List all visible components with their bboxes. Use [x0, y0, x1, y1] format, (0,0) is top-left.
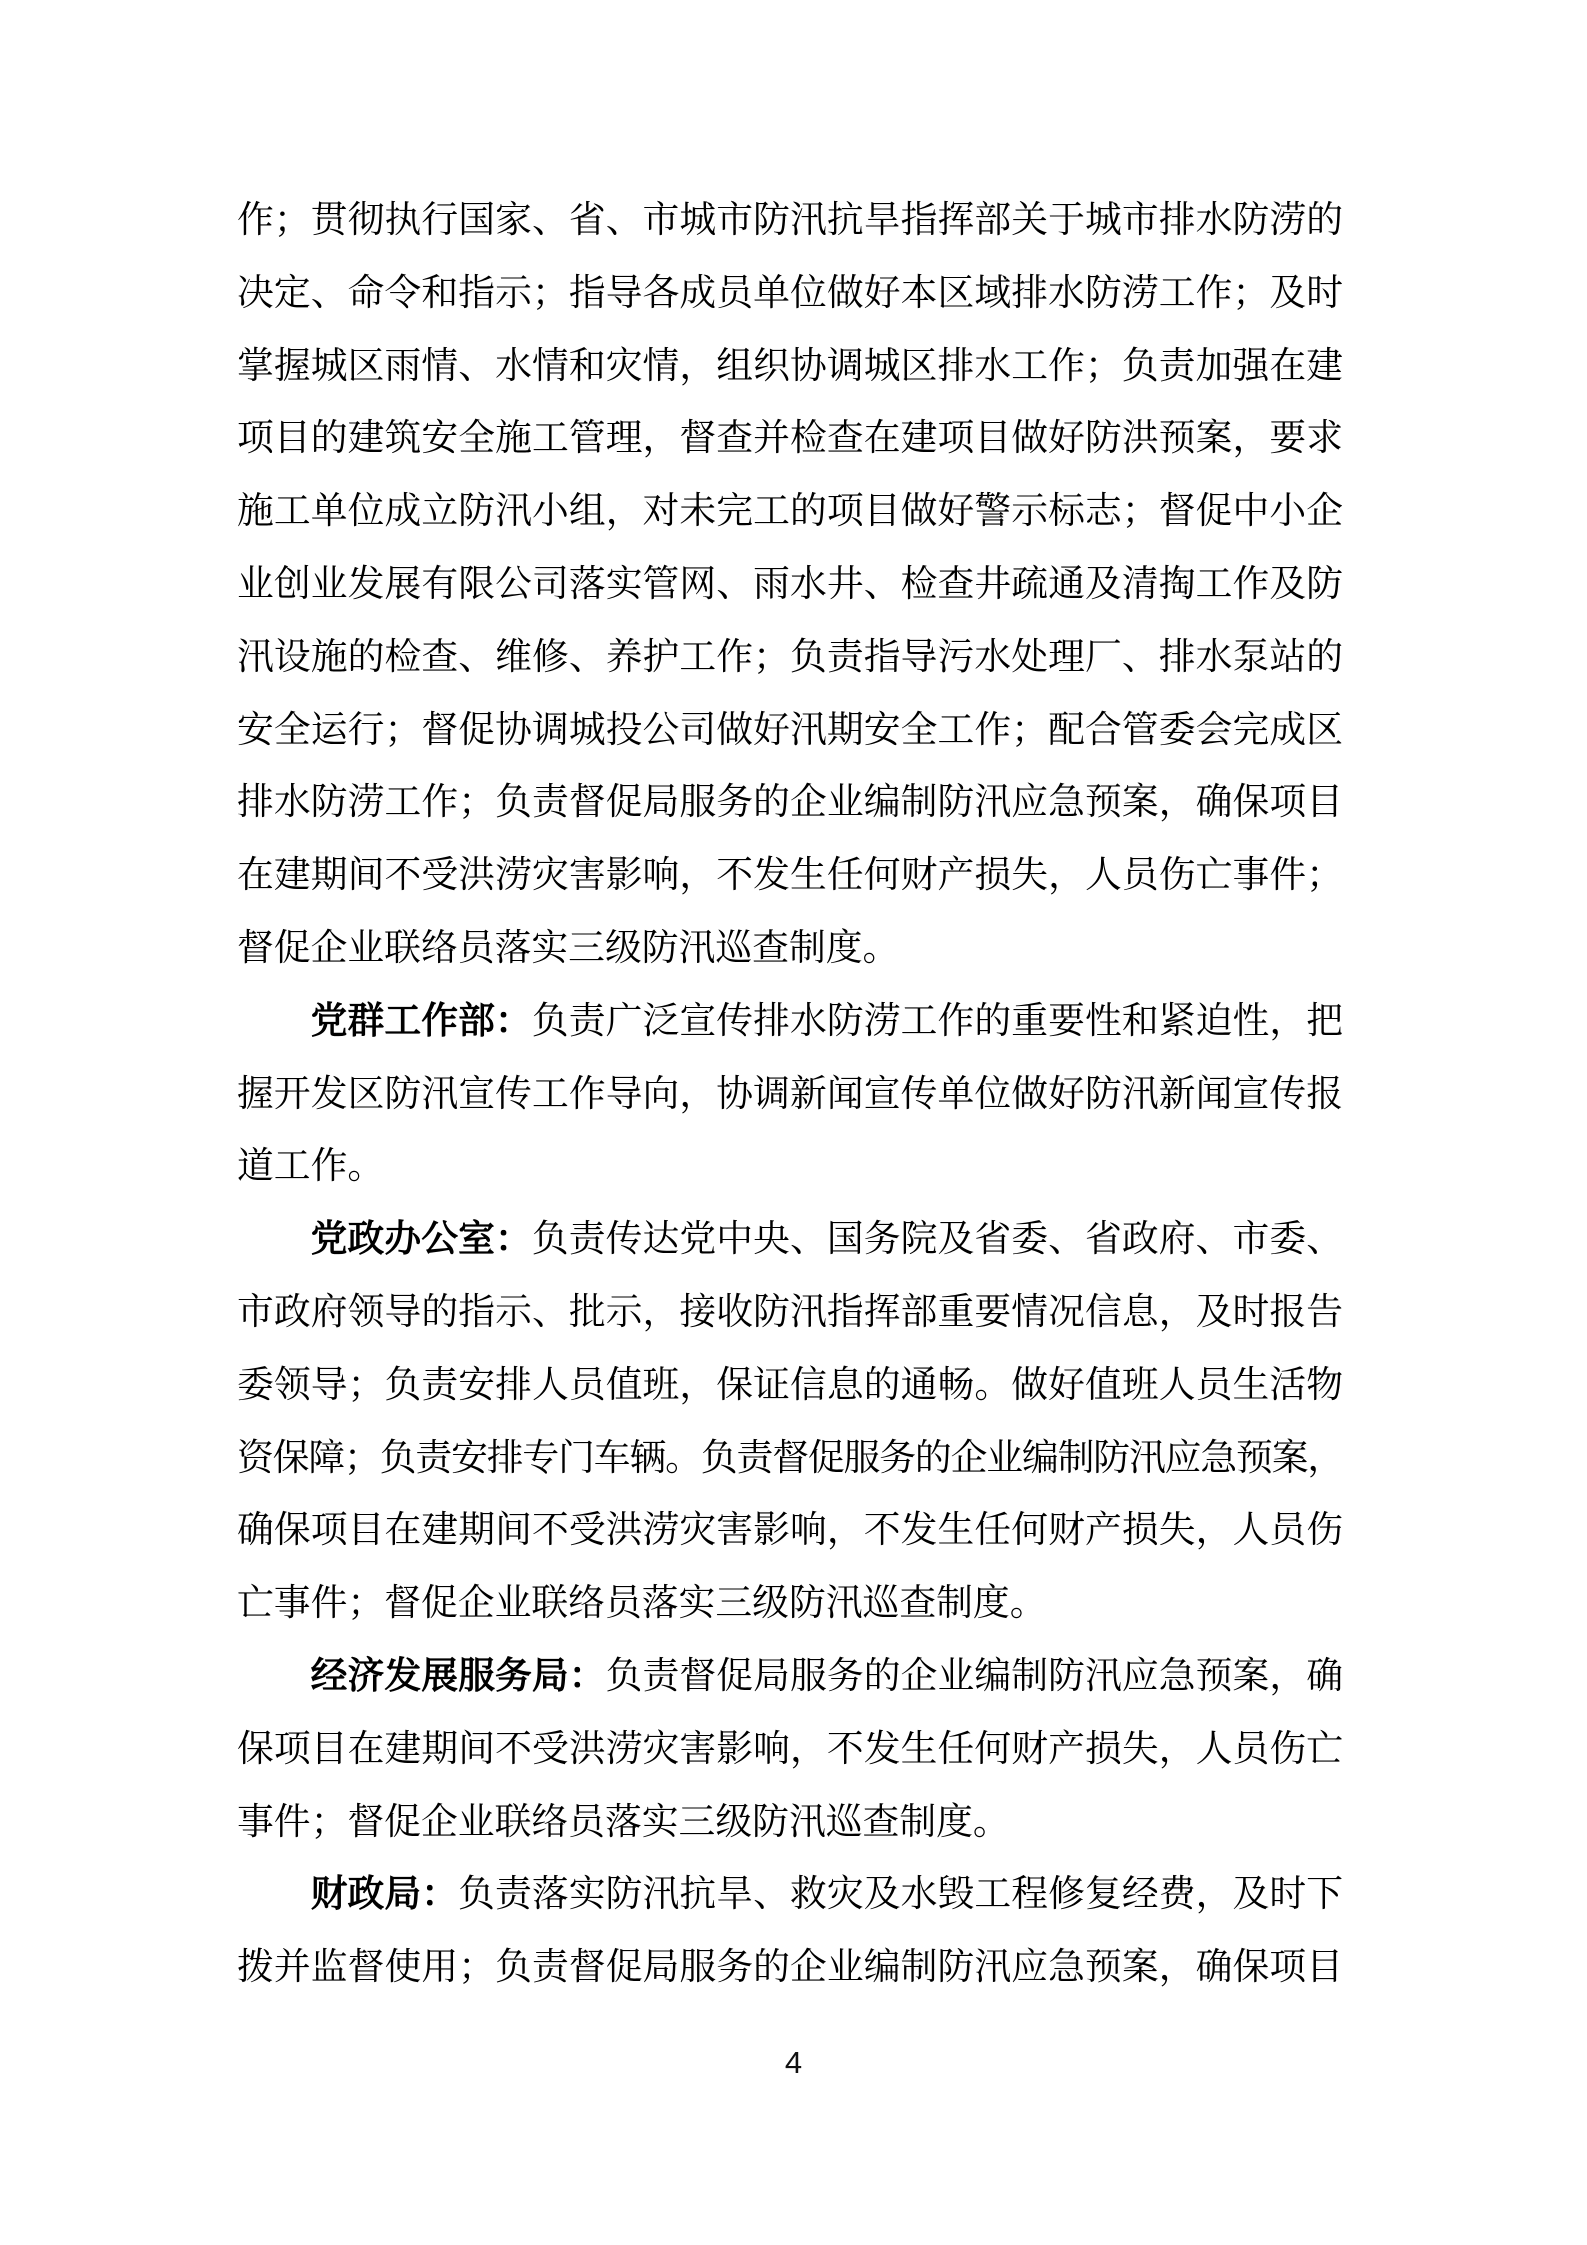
text-line: 业创业发展有限公司落实管网、雨水井、检查井疏通及清掏工作及防	[237, 548, 1343, 621]
line-text: 作；贯彻执行国家、省、市城市防汛抗旱指挥部关于城市排水防涝的	[237, 199, 1343, 240]
line-text: 亡事件；督促企业联络员落实三级防汛巡查制度。	[237, 1582, 1047, 1623]
line-text: 项目的建筑安全施工管理，督查并检查在建项目做好防洪预案，要求	[237, 417, 1343, 458]
line-text: 在建期间不受洪涝灾害影响，不发生任何财产损失，人员伤亡事件；	[237, 854, 1343, 895]
text-line: 财政局：负责落实防汛抗旱、救灾及水毁工程修复经费，及时下	[237, 1858, 1343, 1931]
line-text: 负责督促局服务的企业编制防汛应急预案，确	[606, 1655, 1343, 1696]
line-text: 拨并监督使用；负责督促局服务的企业编制防汛应急预案，确保项目	[237, 1946, 1343, 1987]
line-text: 排水防涝工作；负责督促局服务的企业编制防汛应急预案，确保项目	[237, 781, 1343, 822]
text-line: 确保项目在建期间不受洪涝灾害影响，不发生任何财产损失，人员伤	[237, 1494, 1343, 1567]
text-line: 决定、命令和指示；指导各成员单位做好本区域排水防涝工作；及时	[237, 257, 1343, 330]
text-line: 市政府领导的指示、批示，接收防汛指挥部重要情况信息，及时报告	[237, 1276, 1343, 1349]
text-line: 经济发展服务局：负责督促局服务的企业编制防汛应急预案，确	[237, 1640, 1343, 1713]
text-line: 汛设施的检查、维修、养护工作；负责指导污水处理厂、排水泵站的	[237, 621, 1343, 694]
text-line: 督促企业联络员落实三级防汛巡查制度。	[237, 912, 1343, 985]
text-line: 排水防涝工作；负责督促局服务的企业编制防汛应急预案，确保项目	[237, 766, 1343, 839]
page-number: 4	[0, 2044, 1587, 2082]
text-line: 掌握城区雨情、水情和灾情，组织协调城区排水工作；负责加强在建	[237, 330, 1343, 403]
text-line: 事件；督促企业联络员落实三级防汛巡查制度。	[237, 1786, 1343, 1859]
text-line: 道工作。	[237, 1130, 1343, 1203]
line-text: 确保项目在建期间不受洪涝灾害影响，不发生任何财产损失，人员伤	[237, 1509, 1343, 1550]
line-text: 委领导；负责安排人员值班，保证信息的通畅。做好值班人员生活物	[237, 1364, 1343, 1405]
line-text: 负责广泛宣传排水防涝工作的重要性和紧迫性，把	[532, 1000, 1343, 1041]
text-line: 党政办公室：负责传达党中央、国务院及省委、省政府、市委、	[237, 1203, 1343, 1276]
line-text: 保项目在建期间不受洪涝灾害影响，不发生任何财产损失，人员伤亡	[237, 1728, 1343, 1769]
text-line: 在建期间不受洪涝灾害影响，不发生任何财产损失，人员伤亡事件；	[237, 839, 1343, 912]
text-line: 拨并监督使用；负责督促局服务的企业编制防汛应急预案，确保项目	[237, 1931, 1343, 2004]
department-label: 财政局：	[311, 1873, 459, 1914]
line-text: 握开发区防汛宣传工作导向，协调新闻宣传单位做好防汛新闻宣传报	[237, 1073, 1343, 1114]
line-text: 市政府领导的指示、批示，接收防汛指挥部重要情况信息，及时报告	[237, 1291, 1343, 1332]
text-line: 安全运行；督促协调城投公司做好汛期安全工作；配合管委会完成区	[237, 694, 1343, 767]
line-text: 负责传达党中央、国务院及省委、省政府、市委、	[532, 1218, 1343, 1259]
line-text: 施工单位成立防汛小组，对未完工的项目做好警示标志；督促中小企	[237, 490, 1343, 531]
text-line: 党群工作部：负责广泛宣传排水防涝工作的重要性和紧迫性，把	[237, 985, 1343, 1058]
line-text: 汛设施的检查、维修、养护工作；负责指导污水处理厂、排水泵站的	[237, 636, 1343, 677]
text-line: 委领导；负责安排人员值班，保证信息的通畅。做好值班人员生活物	[237, 1349, 1343, 1422]
document-page: 作；贯彻执行国家、省、市城市防汛抗旱指挥部关于城市排水防涝的决定、命令和指示；指…	[0, 0, 1587, 2245]
text-line: 保项目在建期间不受洪涝灾害影响，不发生任何财产损失，人员伤亡	[237, 1713, 1343, 1786]
line-text: 决定、命令和指示；指导各成员单位做好本区域排水防涝工作；及时	[237, 272, 1343, 313]
text-line: 亡事件；督促企业联络员落实三级防汛巡查制度。	[237, 1567, 1343, 1640]
line-text: 资保障；负责安排专门车辆。负责督促服务的企业编制防汛应急预案，	[237, 1437, 1343, 1478]
department-label: 党政办公室：	[311, 1218, 532, 1259]
line-text: 督促企业联络员落实三级防汛巡查制度。	[237, 927, 899, 968]
line-text: 道工作。	[237, 1145, 384, 1186]
line-text: 业创业发展有限公司落实管网、雨水井、检查井疏通及清掏工作及防	[237, 563, 1343, 604]
text-line: 资保障；负责安排专门车辆。负责督促服务的企业编制防汛应急预案，	[237, 1422, 1343, 1495]
text-line: 握开发区防汛宣传工作导向，协调新闻宣传单位做好防汛新闻宣传报	[237, 1058, 1343, 1131]
line-text: 负责落实防汛抗旱、救灾及水毁工程修复经费，及时下	[458, 1873, 1343, 1914]
line-text: 事件；督促企业联络员落实三级防汛巡查制度。	[237, 1801, 1010, 1842]
text-line: 项目的建筑安全施工管理，督查并检查在建项目做好防洪预案，要求	[237, 402, 1343, 475]
text-line: 作；贯彻执行国家、省、市城市防汛抗旱指挥部关于城市排水防涝的	[237, 184, 1343, 257]
line-text: 安全运行；督促协调城投公司做好汛期安全工作；配合管委会完成区	[237, 709, 1343, 750]
document-body: 作；贯彻执行国家、省、市城市防汛抗旱指挥部关于城市排水防涝的决定、命令和指示；指…	[237, 184, 1343, 2004]
text-line: 施工单位成立防汛小组，对未完工的项目做好警示标志；督促中小企	[237, 475, 1343, 548]
line-text: 掌握城区雨情、水情和灾情，组织协调城区排水工作；负责加强在建	[237, 345, 1343, 386]
department-label: 经济发展服务局：	[311, 1655, 606, 1696]
department-label: 党群工作部：	[311, 1000, 532, 1041]
